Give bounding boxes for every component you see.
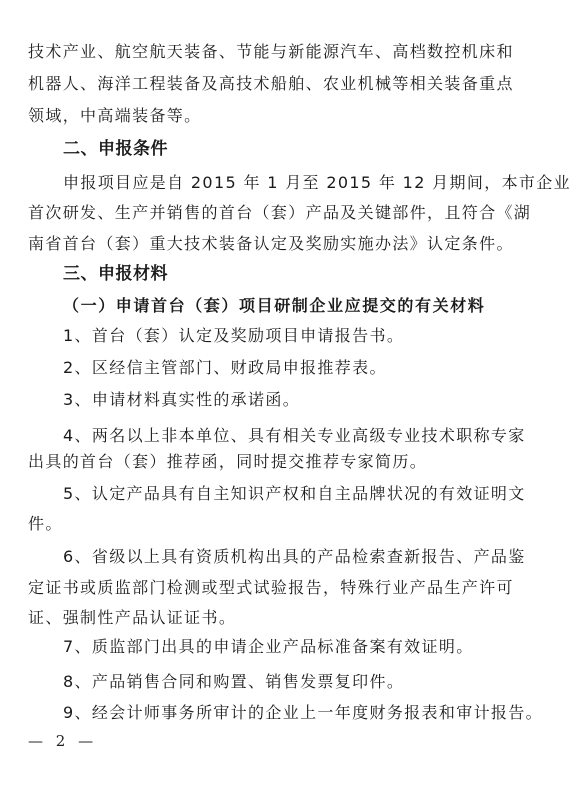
text-line: 8、产品销售合同和购置、销售发票复印件。 <box>63 670 518 694</box>
text-line: 9、经会计师事务所审计的企业上一年度财务报表和审计报告。 <box>63 701 518 725</box>
text-line: 申报项目应是自 2015 年 1 月至 2015 年 12 月期间，本市企业 <box>63 171 518 195</box>
text-line: 件。 <box>28 512 518 536</box>
text-line: 3、申请材料真实性的承诺函。 <box>63 388 518 412</box>
text-line: 定证书或质监部门检测或型式试验报告，特殊行业产品生产许可 <box>28 576 518 600</box>
text-line: 2、区经信主管部门、财政局申报推荐表。 <box>63 356 518 380</box>
section-heading: 二、申报条件 <box>63 137 518 161</box>
text-line: 首次研发、生产并销售的首台（套）产品及关键部件，且符合《湖 <box>28 201 518 225</box>
text-line: 机器人、海洋工程装备及高技术船舶、农业机械等相关装备重点 <box>28 72 518 96</box>
text-line: 4、两名以上非本单位、具有相关专业高级专业技术职称专家 <box>63 424 518 448</box>
text-line: 出具的首台（套）推荐函，同时提交推荐专家简历。 <box>28 450 518 474</box>
text-line: 技术产业、航空航天装备、节能与新能源汽车、高档数控机床和 <box>28 40 518 64</box>
text-line: 证、强制性产品认证证书。 <box>28 606 518 630</box>
text-line: 6、省级以上具有资质机构出具的产品检索查新报告、产品鉴 <box>63 545 518 569</box>
text-line: 5、认定产品具有自主知识产权和自主品牌状况的有效证明文 <box>63 482 518 506</box>
text-line: 南省首台（套）重大技术装备认定及奖励实施办法》认定条件。 <box>28 232 518 256</box>
text-line: 领域，中高端装备等。 <box>28 104 518 128</box>
section-heading: 三、申报材料 <box>63 262 518 286</box>
text-line: 1、首台（套）认定及奖励项目申请报告书。 <box>63 324 518 348</box>
subsection-heading: （一）申请首台（套）项目研制企业应提交的有关材料 <box>63 294 518 318</box>
text-line: 7、质监部门出具的申请企业产品标准备案有效证明。 <box>63 635 518 659</box>
page-number: — 2 — <box>28 732 97 750</box>
